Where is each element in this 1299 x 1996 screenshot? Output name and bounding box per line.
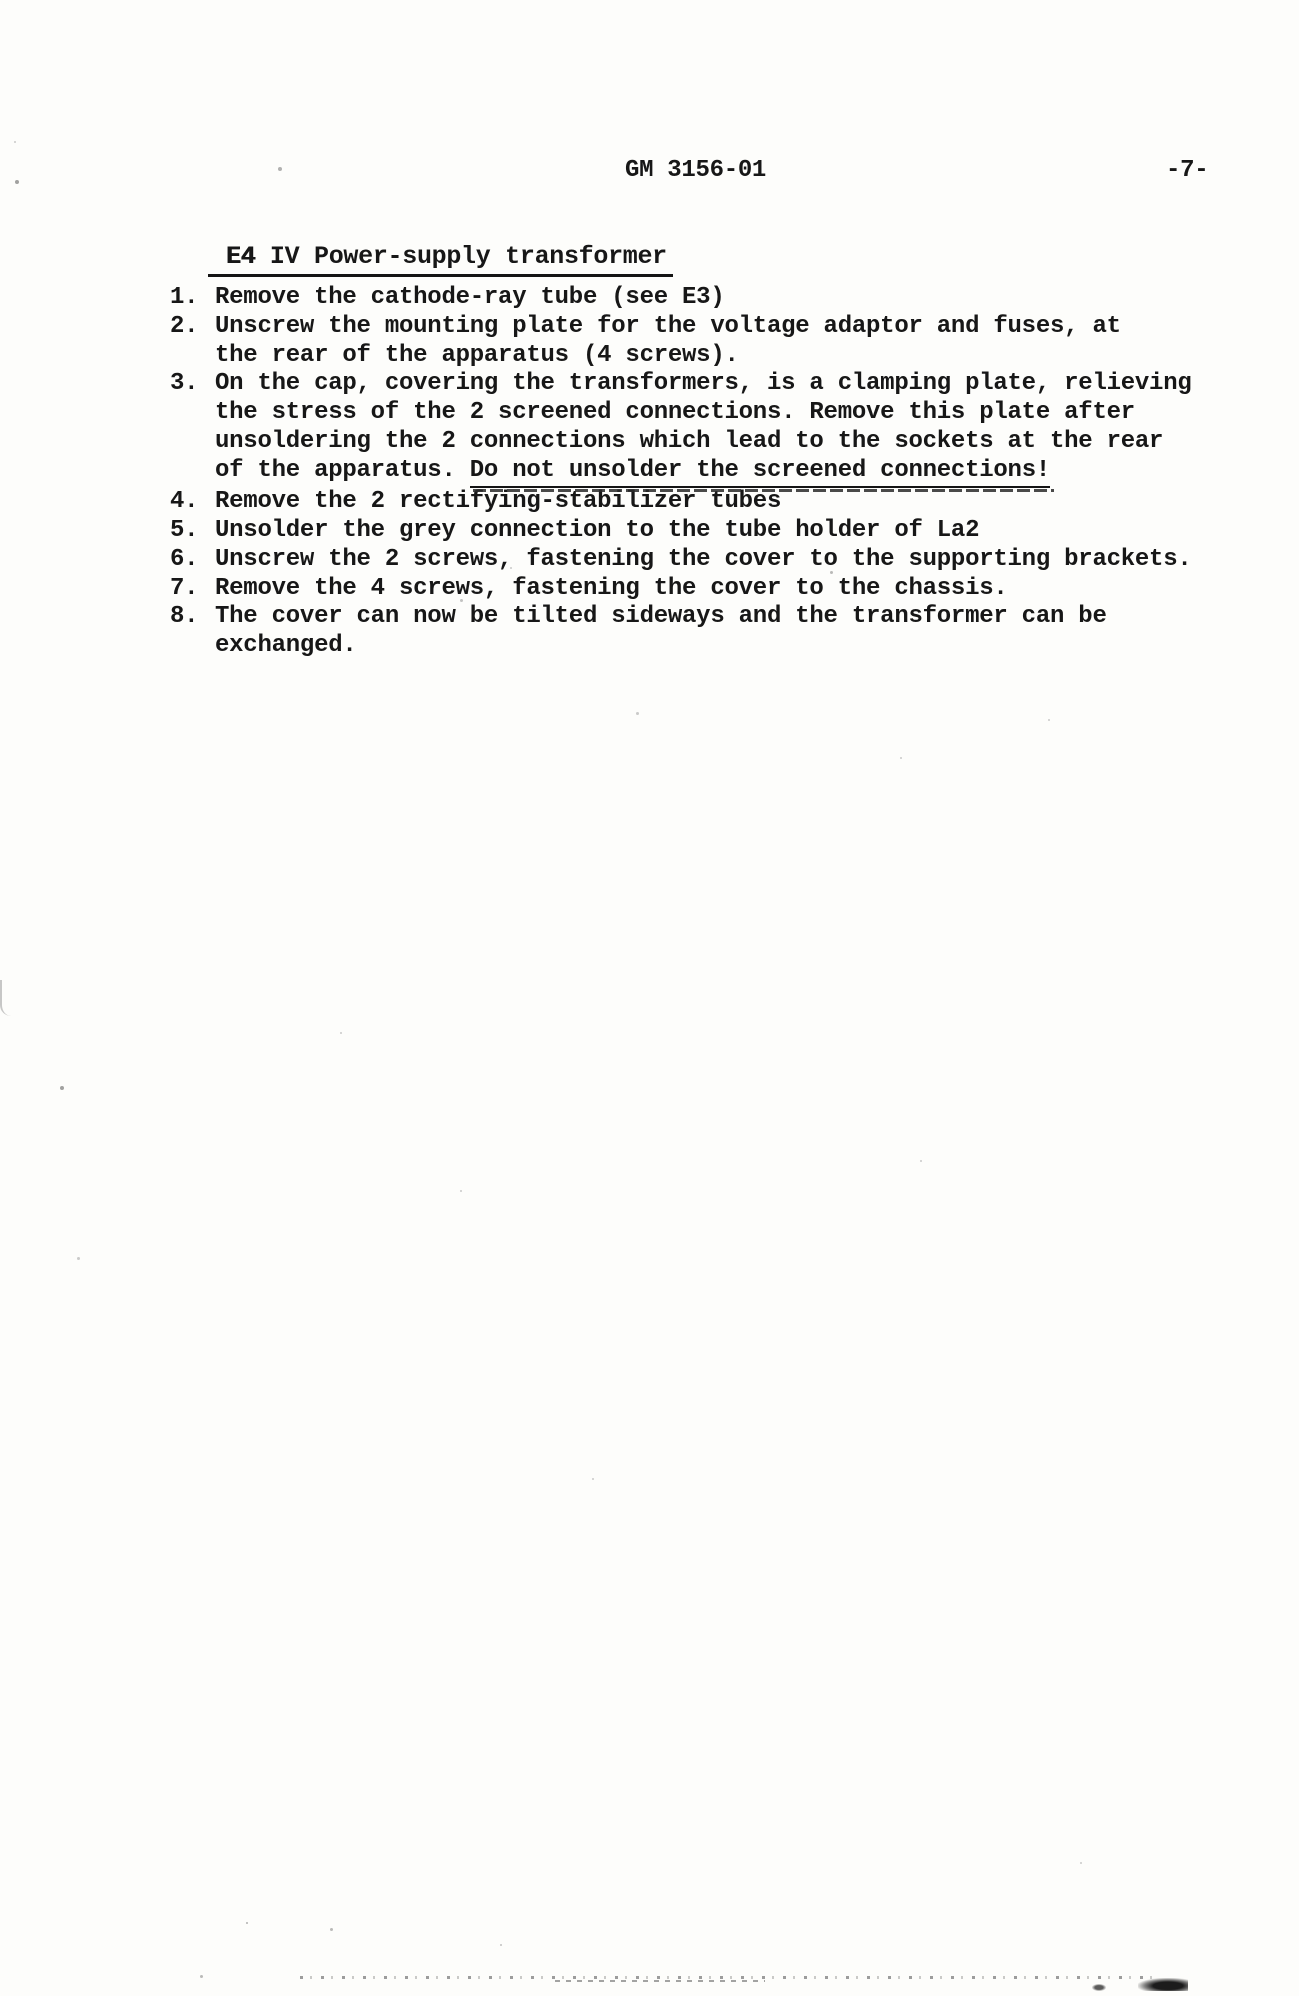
item-number: 8. — [170, 603, 215, 632]
item-number: 7. — [170, 575, 215, 604]
item-text: Unscrew the 2 screws, fastening the cove… — [215, 546, 1192, 573]
noise-speckle — [77, 1257, 80, 1260]
page-number: -7- — [1166, 157, 1208, 184]
item-text: Remove the 2 rectifying-stabilizer tubes — [215, 488, 781, 515]
list-item-2-line-2: the rear of the apparatus (4 screws). — [170, 342, 1270, 371]
list-item-3-line-4: of the apparatus. Do not unsolder the sc… — [170, 457, 1270, 489]
scan-artifact-edge-mark — [0, 980, 11, 1016]
noise-speckle — [510, 567, 512, 569]
noise-speckle — [830, 571, 833, 574]
item-text: the rear of the apparatus (4 screws). — [215, 342, 739, 369]
scanned-document-page: GM 3156-01 -7- E4 IV Power-supply transf… — [0, 0, 1299, 1996]
section-heading-underline: E4 IV Power-supply transformer — [208, 242, 673, 277]
item-number: 3. — [170, 370, 215, 399]
item-text: unsoldering the 2 connections which lead… — [215, 428, 1163, 455]
item-number: 5. — [170, 517, 215, 546]
list-item-3-line-2: the stress of the 2 screened connections… — [170, 399, 1270, 428]
scan-artifact-bottom-speckles-2 — [555, 1980, 765, 1982]
noise-speckle — [14, 141, 16, 143]
noise-speckle — [460, 1190, 462, 1192]
noise-speckle — [278, 167, 282, 171]
noise-speckle — [15, 180, 19, 184]
item-text: the stress of the 2 screened connections… — [215, 399, 1135, 426]
noise-speckle — [920, 1160, 922, 1162]
section-title: IV Power-supply transformer — [255, 242, 667, 271]
item-text: Unscrew the mounting plate for the volta… — [215, 313, 1121, 340]
list-item-6-line-1: 6.Unscrew the 2 screws, fastening the co… — [170, 546, 1270, 575]
noise-speckle — [500, 1944, 502, 1946]
list-item-1-line-1: 1.Remove the cathode-ray tube (see E3) — [170, 284, 1270, 313]
list-item-3-line-3: unsoldering the 2 connections which lead… — [170, 428, 1270, 457]
noise-speckle — [1080, 1862, 1082, 1864]
procedure-list: 1.Remove the cathode-ray tube (see E3)2.… — [170, 284, 1270, 661]
item-text: exchanged. — [215, 632, 357, 659]
item-text: of the apparatus. — [215, 457, 470, 484]
item-text: Remove the cathode-ray tube (see E3) — [215, 284, 724, 311]
list-item-2-line-1: 2.Unscrew the mounting plate for the vol… — [170, 313, 1270, 342]
noise-speckle — [636, 712, 639, 715]
item-text: Unsolder the grey connection to the tube… — [215, 517, 979, 544]
item-number: 6. — [170, 546, 215, 575]
item-text: Remove the 4 screws, fastening the cover… — [215, 575, 1008, 602]
noise-speckle — [592, 1478, 594, 1480]
noise-speckle — [246, 1922, 248, 1924]
noise-speckle — [900, 757, 902, 759]
list-item-4-line-1: 4.Remove the 2 rectifying-stabilizer tub… — [170, 488, 1270, 517]
list-item-8-line-1: 8.The cover can now be tilted sideways a… — [170, 603, 1270, 632]
warning-underlined-text: Do not unsolder the screened connections… — [470, 457, 1050, 489]
item-number: 1. — [170, 284, 215, 313]
scan-artifact-bottom-smudge — [1138, 1978, 1188, 1991]
noise-speckle — [200, 1975, 203, 1978]
scan-artifact-bottom-speckles — [300, 1976, 1160, 1979]
list-item-7-line-1: 7.Remove the 4 screws, fastening the cov… — [170, 575, 1270, 604]
noise-speckle — [330, 1928, 333, 1931]
document-code: GM 3156-01 — [625, 157, 766, 184]
section-code: E4 — [226, 242, 255, 271]
item-number: 4. — [170, 488, 215, 517]
noise-speckle — [1048, 719, 1050, 721]
noise-speckle — [340, 1032, 342, 1034]
list-item-5-line-1: 5.Unsolder the grey connection to the tu… — [170, 517, 1270, 546]
item-text: The cover can now be tilted sideways and… — [215, 603, 1107, 630]
list-item-3-line-1: 3.On the cap, covering the transformers,… — [170, 370, 1270, 399]
item-number: 2. — [170, 313, 215, 342]
noise-speckle — [460, 599, 463, 602]
noise-speckle — [60, 1086, 64, 1090]
item-text: On the cap, covering the transformers, i… — [215, 370, 1192, 397]
scan-artifact-bottom-smudge-small — [1092, 1984, 1106, 1991]
list-item-8-line-2: exchanged. — [170, 632, 1270, 661]
